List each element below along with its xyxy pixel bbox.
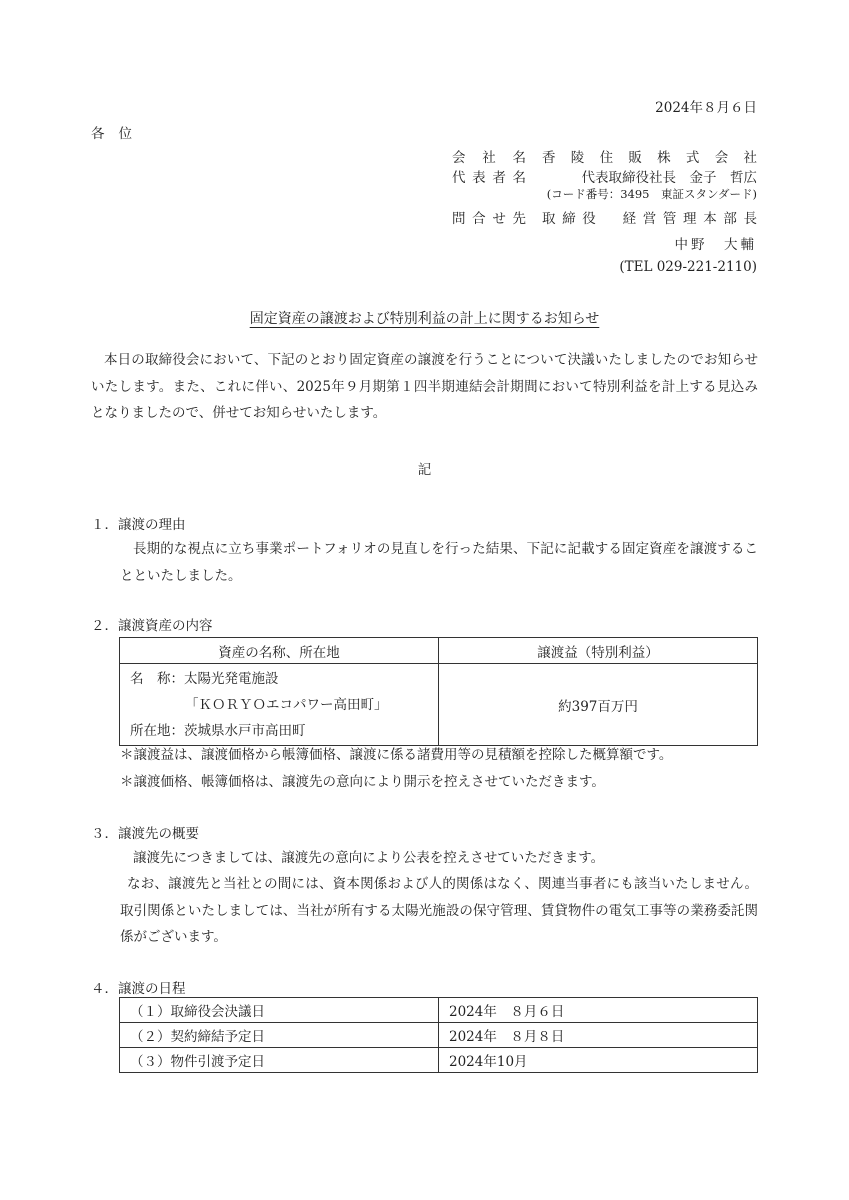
header-gain: 譲渡益（特別利益）: [439, 638, 758, 664]
contact-label: 問合せ先: [452, 207, 526, 227]
schedule-table: （１）取締役会決議日 2024年 ８月６日 （２）契約締結予定日 2024年 ８…: [119, 997, 758, 1073]
company-row: 会社名 香陵住販株式会社: [452, 146, 757, 168]
note-2: ＊譲渡価格、帳簿価格は、譲渡先の意向により開示を控えさせていただきます。: [120, 770, 605, 790]
asset-table: 資産の名称、所在地 譲渡益（特別利益） 名 称：太陽光発電施設 「ＫＯＲＹＯエコ…: [119, 637, 758, 746]
contact-name: 中野 大輔: [542, 233, 757, 253]
gain-value: 約397百万円: [439, 664, 758, 746]
schedule-value: 2024年 ８月８日: [439, 1023, 758, 1048]
schedule-value: 2024年10月: [439, 1048, 758, 1073]
contact-row: 問合せ先 取締役 経営管理本部長: [452, 207, 757, 229]
section-3-heading: ３．譲渡先の概要: [91, 822, 199, 842]
code-row: (コード番号：3495 東証スタンダード): [452, 186, 757, 208]
contact-tel: (TEL 029-221-2110): [542, 259, 757, 275]
section-1-heading: １．譲渡の理由: [91, 513, 186, 533]
release-date: 2024年８月６日: [655, 96, 757, 116]
schedule-row: （１）取締役会決議日 2024年 ８月６日: [120, 998, 758, 1023]
representative-name: 代表取締役社長 金子 哲広: [542, 166, 757, 186]
asset-facility-name: 「ＫＯＲＹＯエコパワー高田町」: [130, 692, 428, 718]
document-title-wrap: 固定資産の譲渡および特別利益の計上に関するお知らせ: [0, 308, 849, 328]
asset-table-row: 名 称：太陽光発電施設 「ＫＯＲＹＯエコパワー高田町」 所在地：茨城県水戸市高田…: [120, 664, 758, 746]
section-1-body: 長期的な視点に立ち事業ポートフォリオの見直しを行った結果、下記に記載する固定資産…: [120, 536, 758, 589]
asset-table-header: 資産の名称、所在地 譲渡益（特別利益）: [120, 638, 758, 664]
contact-title: 取締役 経営管理本部長: [542, 207, 757, 227]
schedule-label: （３）物件引渡予定日: [120, 1048, 439, 1073]
schedule-value: 2024年 ８月６日: [439, 998, 758, 1023]
company-name: 香陵住販株式会社: [542, 146, 757, 166]
ki-marker: 記: [0, 458, 849, 478]
addressee: 各位: [91, 122, 146, 142]
note-1: ＊譲渡益は、譲渡価格から帳簿価格、譲渡に係る諸費用等の見積額を控除した概算額です…: [120, 743, 672, 763]
section-3-body-2: なお、譲渡先と当社との間には、資本関係および人的関係はなく、関連当事者にも該当い…: [120, 871, 758, 951]
section-3-body-1: 譲渡先につきましては、譲渡先の意向により公表を控えさせていただきます。: [120, 845, 758, 872]
schedule-row: （２）契約締結予定日 2024年 ８月８日: [120, 1023, 758, 1048]
tel-row: (TEL 029-221-2110): [452, 259, 757, 281]
document-title: 固定資産の譲渡および特別利益の計上に関するお知らせ: [250, 311, 600, 327]
contact-name-row: 中野 大輔: [452, 233, 757, 255]
schedule-row: （３）物件引渡予定日 2024年10月: [120, 1048, 758, 1073]
section-4-heading: ４．譲渡の日程: [91, 977, 186, 997]
stock-code-note: (コード番号：3495 東証スタンダード): [542, 186, 757, 202]
asset-cell: 名 称：太陽光発電施設 「ＫＯＲＹＯエコパワー高田町」 所在地：茨城県水戸市高田…: [120, 664, 439, 746]
representative-label: 代表者名: [452, 166, 526, 186]
company-label: 会社名: [452, 146, 526, 166]
intro-paragraph: 本日の取締役会において、下記のとおり固定資産の譲渡を行うことについて決議いたしま…: [91, 347, 758, 427]
asset-name: 名 称：太陽光発電施設: [130, 666, 428, 692]
asset-location: 所在地：茨城県水戸市高田町: [130, 718, 428, 744]
representative-row: 代表者名 代表取締役社長 金子 哲広: [452, 166, 757, 188]
schedule-label: （２）契約締結予定日: [120, 1023, 439, 1048]
section-2-heading: ２．譲渡資産の内容: [91, 614, 213, 634]
header-asset: 資産の名称、所在地: [120, 638, 439, 664]
schedule-label: （１）取締役会決議日: [120, 998, 439, 1023]
